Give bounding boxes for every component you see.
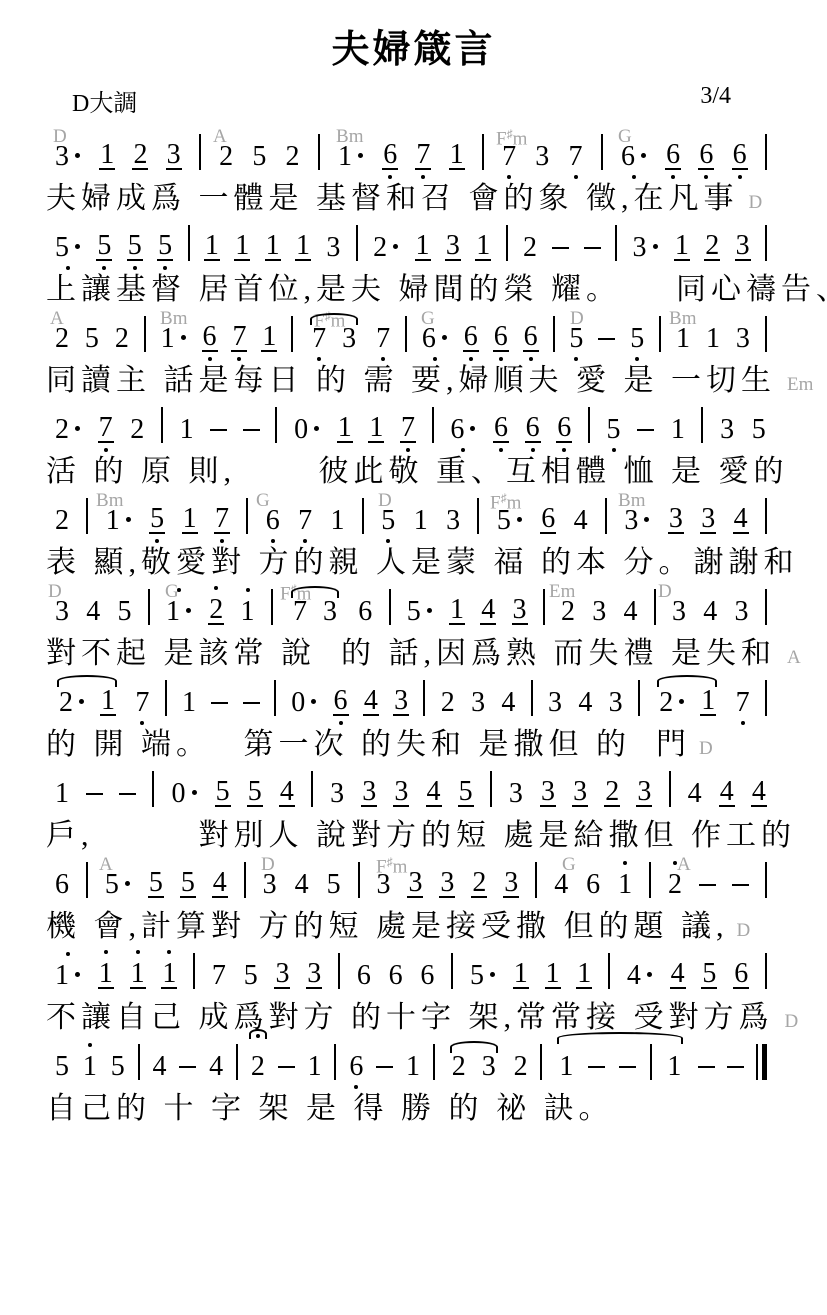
note: 3 (481, 1053, 497, 1080)
octave-dot-above (246, 588, 250, 592)
note: 3 (735, 325, 751, 352)
dash-line (210, 429, 227, 431)
note: 2 (471, 869, 487, 898)
barline (659, 316, 661, 352)
note: 7 (415, 141, 431, 170)
note: 7 (297, 507, 313, 534)
score-line: ADF♯mGA65554345333234612機 會,計算對 方的短 處是接受… (40, 854, 777, 940)
notation-row: 312325216717376666 (40, 126, 777, 173)
note: 2 (58, 689, 86, 716)
note: 1 (265, 232, 281, 261)
score-line: DF♯mG105543334533323444戶, 對別人 說對方的短 處是給撒… (40, 763, 796, 849)
note: 6 (202, 323, 218, 352)
dot-after (490, 972, 495, 977)
note: 4 (212, 869, 228, 898)
notation-row: 215176715135643334 (40, 490, 777, 537)
note: 5 (606, 416, 622, 443)
slur-group: 21 (654, 675, 720, 716)
notation-row: 51544216123211 (40, 1036, 777, 1083)
note: 3 (54, 598, 70, 625)
dot-after (427, 608, 432, 613)
dash-line (119, 793, 136, 795)
octave-dot-below (632, 175, 636, 179)
note: 1 (337, 414, 353, 443)
octave-dot-below (388, 175, 392, 179)
octave-dot-below (574, 175, 578, 179)
barline (138, 1044, 140, 1080)
note: 5 (326, 871, 342, 898)
chord-label: Em (787, 374, 813, 396)
note: 3 (361, 778, 377, 807)
note: 6 (348, 1053, 364, 1080)
note: 2 (604, 778, 620, 807)
note: 1 (405, 1053, 421, 1080)
note: 3 (393, 778, 409, 807)
note: 5 (148, 869, 164, 898)
note: 5 (751, 416, 767, 443)
note: 3 (274, 960, 290, 989)
note: 1 (449, 596, 465, 625)
octave-dot-below (163, 266, 167, 270)
barline (477, 498, 479, 534)
note: 2 (440, 689, 456, 716)
octave-dot-below (220, 539, 224, 543)
dot-after (470, 426, 475, 431)
octave-dot-below (102, 266, 106, 270)
dash-line (732, 884, 749, 886)
octave-dot-below (671, 175, 675, 179)
note: 3 (508, 780, 524, 807)
dash-line (376, 1066, 393, 1068)
note: 6 (540, 505, 556, 534)
barline (543, 589, 545, 625)
barline (362, 498, 364, 534)
note: 3 (329, 780, 345, 807)
notation-row: 2721011766665135 (40, 399, 777, 446)
sheet-music-page: 夫婦箴言 D大調 3/4 DABmF♯mG312325216717376666夫… (0, 0, 827, 1315)
note: 7 (134, 689, 150, 716)
note: 1 (99, 141, 115, 170)
chord-label: D (658, 581, 672, 603)
dash-line (243, 702, 260, 704)
barline (638, 680, 640, 716)
note: 4 (363, 687, 379, 716)
barline (490, 771, 492, 807)
note: 6 (419, 962, 435, 989)
note: 7 (98, 414, 114, 443)
note: 3 (54, 143, 82, 170)
note: 6 (333, 687, 349, 716)
score-line: DBmEmAD555511113213123123上讓基督 居首位,是夫 婦間的… (40, 217, 827, 303)
note: 1 (670, 416, 686, 443)
dot-after (393, 244, 398, 249)
note: 3 (325, 234, 341, 261)
note: 3 (734, 598, 750, 625)
octave-dot-below (155, 539, 159, 543)
note: 3 (700, 505, 716, 534)
octave-dot-below (381, 357, 385, 361)
note: 1 (130, 960, 146, 989)
note: 6 (388, 962, 404, 989)
note: 5 (247, 778, 263, 807)
note: 7 (292, 598, 308, 625)
barline (540, 1044, 542, 1080)
octave-dot-above (66, 952, 70, 956)
chord-label: D (699, 738, 713, 760)
note: 1 (307, 1053, 323, 1080)
octave-dot-below (499, 448, 503, 452)
note: 1 (675, 325, 691, 352)
note: 3 (623, 507, 651, 534)
note: 2 (704, 232, 720, 261)
note: 6 (732, 141, 748, 170)
note: 4 (751, 778, 767, 807)
octave-dot-below (140, 721, 144, 725)
note: 5 (84, 325, 100, 352)
octave-dot-above (136, 950, 140, 954)
barline (553, 316, 555, 352)
note: 3 (608, 689, 624, 716)
octave-dot-below (704, 175, 708, 179)
note: 3 (636, 778, 652, 807)
note: 1 (617, 871, 633, 898)
note: 3 (540, 778, 556, 807)
note: 6 (382, 141, 398, 170)
score-line: DGF♯mEmD3451217365143234343對不起 是該常 說 的 話… (40, 581, 777, 667)
note: 1 (475, 232, 491, 261)
note: 2 (54, 416, 82, 443)
barline (765, 953, 767, 989)
note: 1 (415, 232, 431, 261)
octave-dot-below (612, 448, 616, 452)
note: 3 (407, 869, 423, 898)
octave-dot-below (461, 448, 465, 452)
note: 1 (545, 960, 561, 989)
dash-line (588, 1066, 605, 1068)
barline (531, 680, 533, 716)
barline (86, 498, 88, 534)
barline (405, 316, 407, 352)
note: 3 (262, 871, 278, 898)
score-line: ADGEmDA21710643234343217的 開 端。 第一次 的失和 是… (40, 672, 777, 758)
note: 5 (458, 778, 474, 807)
octave-dot-below (354, 1085, 358, 1089)
note: 5 (243, 962, 259, 989)
dash-line (598, 338, 615, 340)
octave-dot-below (303, 539, 307, 543)
note: 1 (576, 960, 592, 989)
dot-after (311, 699, 316, 704)
note: 3 (572, 778, 588, 807)
note: 5 (180, 869, 196, 898)
barline (482, 134, 484, 170)
barline (506, 225, 508, 261)
score-line: DGAEmAD51544216123211自己的 十 字 架 是 得 勝 的 祕… (40, 1036, 777, 1122)
note: 5 (406, 598, 434, 625)
dot-after (517, 517, 522, 522)
note: 3 (547, 689, 563, 716)
lyrics-line: 同讀主 話是每日 的 需 要,婦順夫 愛 是 一切生 (40, 364, 776, 397)
dot-after (653, 244, 658, 249)
barline (605, 498, 607, 534)
barline (765, 316, 767, 352)
barline (148, 589, 150, 625)
barline (765, 498, 767, 534)
barline (451, 953, 453, 989)
octave-dot-below (529, 357, 533, 361)
lyrics-line: 自己的 十 字 架 是 得 勝 的 祕 訣。 (40, 1092, 614, 1125)
slur-group: 73 (288, 586, 342, 625)
barline (608, 953, 610, 989)
note: 4 (687, 780, 703, 807)
slur-group: 73 (307, 313, 361, 352)
note: 5 (54, 1053, 70, 1080)
note: 3 (591, 598, 607, 625)
note: 4 (85, 598, 101, 625)
dash-line (699, 884, 716, 886)
octave-dot-above (177, 588, 181, 592)
final-barline-thin (756, 1044, 758, 1080)
note: 3 (512, 596, 528, 625)
barline (199, 134, 201, 170)
slur-group: 21 (54, 675, 120, 716)
barline (650, 1044, 652, 1080)
octave-dot-below (237, 357, 241, 361)
note: 6 (698, 141, 714, 170)
dot-after (192, 790, 197, 795)
note: 4 (151, 1053, 167, 1080)
barline (601, 134, 603, 170)
dot-after (641, 153, 646, 158)
note: 3 (503, 869, 519, 898)
note: 1 (413, 507, 429, 534)
octave-dot-below (421, 175, 425, 179)
octave-dot-below (531, 448, 535, 452)
note: 5 (117, 598, 133, 625)
dash-line (619, 1066, 636, 1068)
note: 5 (496, 507, 524, 534)
note: 6 (265, 507, 281, 534)
note: 1 (100, 687, 116, 716)
note: 5 (380, 507, 396, 534)
note: 5 (110, 1053, 126, 1080)
note: 4 (623, 598, 639, 625)
dash-line (637, 429, 654, 431)
dash-line (278, 1066, 295, 1068)
octave-dot-below (133, 266, 137, 270)
note: 6 (463, 323, 479, 352)
note: 4 (480, 596, 496, 625)
barline (432, 407, 434, 443)
note: 5 (251, 143, 267, 170)
note: 1 (54, 780, 70, 807)
note: 4 (279, 778, 295, 807)
barline (765, 862, 767, 898)
note: 5 (149, 505, 165, 534)
note: 1 (330, 507, 346, 534)
chord-label: D (737, 920, 751, 942)
note: 1 (161, 960, 177, 989)
note: 7 (400, 414, 416, 443)
barline (275, 407, 277, 443)
note: 3 (470, 689, 486, 716)
octave-dot-below (208, 357, 212, 361)
barline (271, 589, 273, 625)
note: 6 (665, 141, 681, 170)
note: 1 (368, 414, 384, 443)
barline (338, 953, 340, 989)
octave-dot-above (88, 1043, 92, 1047)
note: 6 (523, 323, 539, 352)
notation-row: 2521671737666655113 (40, 308, 777, 355)
dash-line (211, 702, 228, 704)
note: 7 (501, 143, 517, 170)
octave-dot-above (623, 861, 627, 865)
note: 1 (700, 687, 716, 716)
octave-dot-below (104, 448, 108, 452)
slur-group: 23 (447, 1041, 501, 1080)
note: 1 (674, 232, 690, 261)
note: 3 (445, 507, 461, 534)
note: 3 (735, 232, 751, 261)
dash-line (727, 1066, 744, 1068)
note: 2 (667, 871, 683, 898)
note: 5 (215, 778, 231, 807)
note: 2 (658, 689, 686, 716)
note: 7 (214, 505, 230, 534)
chord-label: A (787, 647, 801, 669)
note: 3 (439, 869, 455, 898)
note: 6 (449, 416, 477, 443)
dash-line (179, 1066, 196, 1068)
note: 3 (341, 325, 357, 352)
note: 4 (573, 507, 589, 534)
final-barline-thick (762, 1044, 767, 1080)
barline (311, 771, 313, 807)
meta-row: D大調 3/4 (72, 83, 731, 118)
dot-after (75, 426, 80, 431)
note: 5 (701, 960, 717, 989)
dot-after (181, 335, 186, 340)
note: 5 (127, 232, 143, 261)
notation-row: 555511113213123123 (40, 217, 777, 264)
note: 0 (171, 780, 199, 807)
dash-line (86, 793, 103, 795)
chord-label: D (785, 1011, 799, 1033)
note: 4 (577, 689, 593, 716)
note: 3 (322, 598, 338, 625)
barline (188, 225, 190, 261)
note: 1 (449, 141, 465, 170)
note: 2 (218, 143, 234, 170)
note: 6 (357, 598, 373, 625)
note: 7 (735, 689, 751, 716)
note: 3 (534, 143, 550, 170)
note: 5 (568, 325, 584, 352)
octave-dot-below (499, 357, 503, 361)
score-line: BmGDF♯mBm215176715135643334表 顯,敬愛對 方的親 人… (40, 490, 799, 576)
note: 5 (96, 232, 112, 261)
note: 5 (104, 871, 132, 898)
octave-dot-below (433, 357, 437, 361)
dot-after (442, 335, 447, 340)
dot-after (75, 153, 80, 158)
note: 1 (666, 1053, 682, 1080)
note: 4 (626, 962, 654, 989)
barline (274, 680, 276, 716)
barline (615, 225, 617, 261)
octave-dot-above (673, 861, 677, 865)
barline (535, 862, 537, 898)
barline (152, 771, 154, 807)
note: 6 (493, 414, 509, 443)
lyrics-line: 的 開 端。 第一次 的失和 是撒但 的 門 (40, 728, 691, 761)
lyrics-line: 對不起 是該常 說 的 話,因爲熟 而失禮 是失和 (40, 637, 776, 670)
dot-after (125, 881, 130, 886)
octave-dot-below (574, 357, 578, 361)
lyrics-line: 活 的 原 則, 彼此敬 重、互相體 恤 是 愛的 (40, 455, 789, 488)
lyrics-line: 不讓自己 成爲對方 的十字 架,常常接 受對方爲 (40, 1001, 774, 1034)
barline (334, 1044, 336, 1080)
octave-dot-below (507, 175, 511, 179)
octave-dot-below (469, 357, 473, 361)
note: 1 (295, 232, 311, 261)
song-title: 夫婦箴言 (0, 0, 827, 73)
note: 2 (451, 1053, 467, 1080)
octave-dot-below (66, 266, 70, 270)
note: 1 (337, 143, 365, 170)
dash-line (552, 247, 569, 249)
barline (193, 953, 195, 989)
barline (765, 589, 767, 625)
final-barline (756, 1044, 767, 1080)
lyrics-line: 夫婦成爲 一體是 基督和召 會的象 徵,在凡事 (40, 182, 739, 215)
note: 3 (166, 141, 182, 170)
barline (765, 225, 767, 261)
score: DABmF♯mG312325216717376666夫婦成爲 一體是 基督和召 … (40, 126, 777, 1127)
octave-dot-below (406, 448, 410, 452)
score-line: DF♯mGDG1111753366651114456不讓自己 成爲對方 的十字 … (40, 945, 777, 1031)
note: 2 (54, 507, 70, 534)
octave-dot-below (635, 357, 639, 361)
octave-dot-above (214, 586, 218, 590)
barline (144, 316, 146, 352)
lyrics-line: 機 會,計算對 方的短 處是接受撒 但的題 議, (40, 910, 729, 943)
note: 4 (426, 778, 442, 807)
note: 3 (445, 232, 461, 261)
note: 6 (620, 143, 648, 170)
note: 4 (294, 871, 310, 898)
lyrics-line: 戶, 對別人 說對方的短 處是給撒但 作工的 (40, 819, 796, 852)
note: 0 (290, 689, 318, 716)
note: 4 (500, 689, 516, 716)
note: 2 (285, 143, 301, 170)
octave-dot-above (104, 950, 108, 954)
note: 1 (54, 962, 82, 989)
chord-label: D (749, 192, 763, 214)
dash-line (698, 1066, 715, 1068)
barline (423, 680, 425, 716)
note: 4 (702, 598, 718, 625)
octave-dot-below (339, 721, 343, 725)
octave-dot-below (317, 357, 321, 361)
octave-dot-below (562, 448, 566, 452)
note: 1 (513, 960, 529, 989)
barline (765, 134, 767, 170)
octave-dot-below (386, 539, 390, 543)
note: 7 (211, 962, 227, 989)
barline (654, 589, 656, 625)
